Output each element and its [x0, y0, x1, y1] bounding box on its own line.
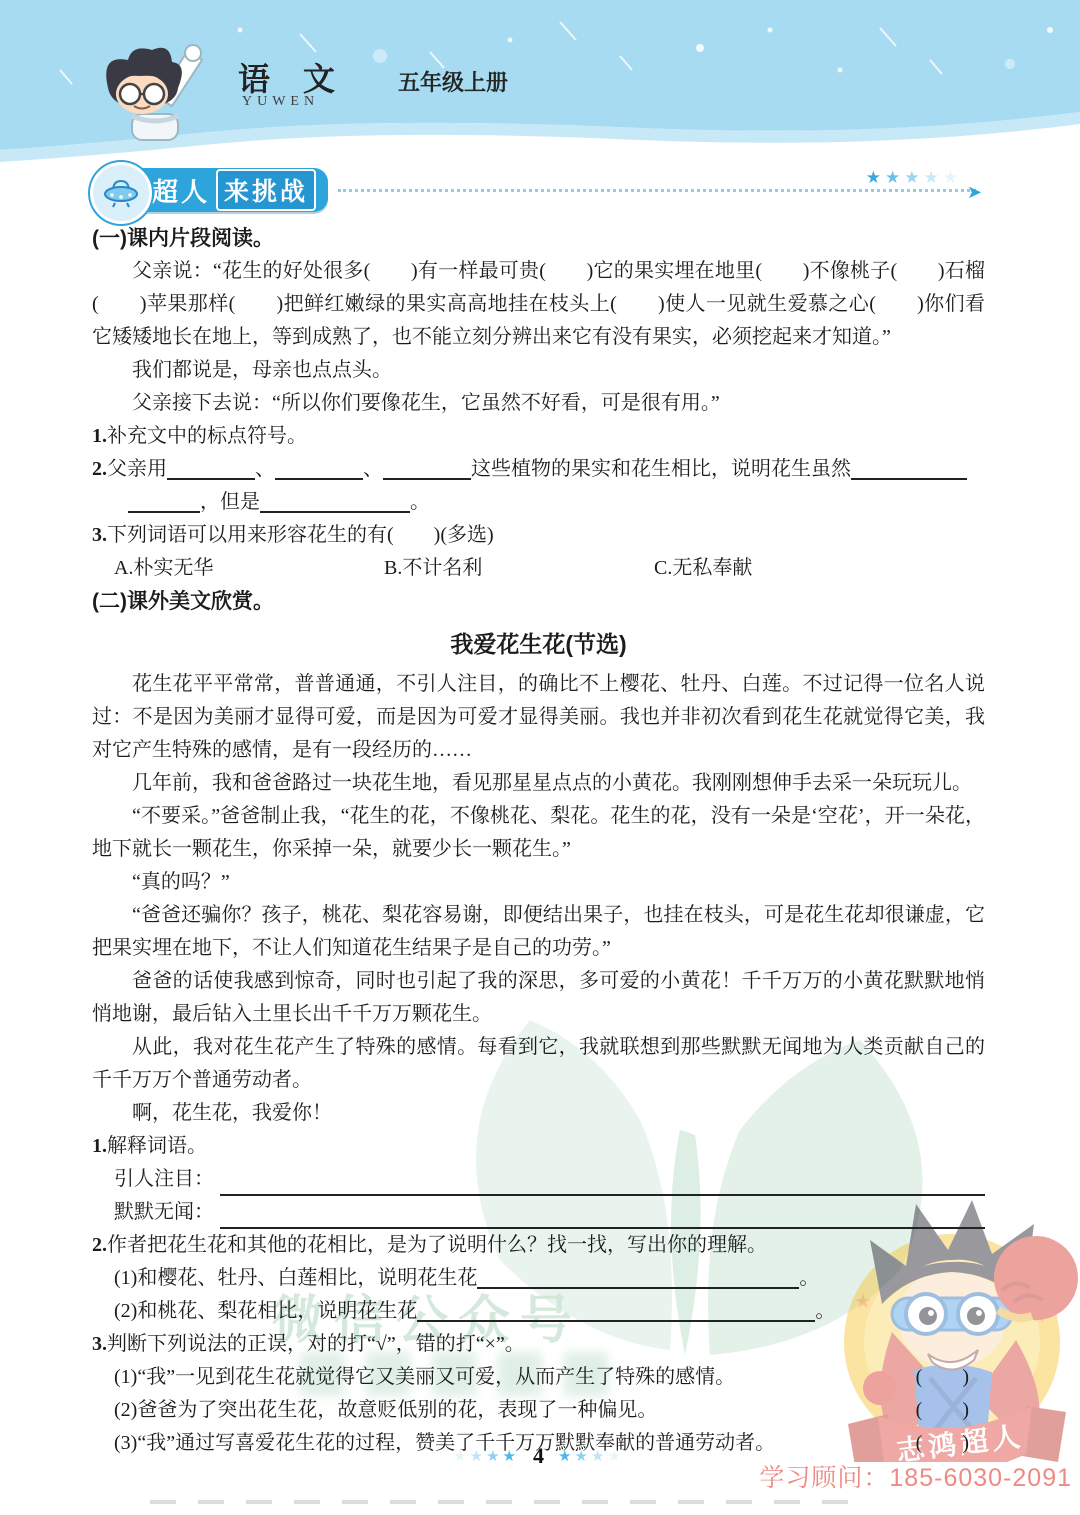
- item-text: 。: [799, 1267, 819, 1289]
- answer-blank: [275, 456, 363, 480]
- answer-paren: ( ): [916, 1394, 969, 1427]
- essay-body: 花生花平平常常，普普通通，不引人注目，的确比不上樱花、牡丹、白莲。不过记得一位名…: [92, 668, 985, 1130]
- answer-blank: [128, 489, 200, 513]
- term-row: 默默无闻：: [92, 1196, 985, 1229]
- item-text: (1)和樱花、牡丹、白莲相比，说明花生花: [114, 1267, 477, 1289]
- option-b: B.不计名利: [384, 552, 654, 585]
- grade-label: 五年级上册: [398, 66, 508, 97]
- essay-paragraph: 花生花平平常常，普普通通，不引人注目，的确比不上樱花、牡丹、白莲。不过记得一位名…: [92, 668, 985, 767]
- s1-question-3: 3.下列词语可以用来形容花生的有( )(多选): [92, 519, 985, 552]
- term-label: 默默无闻：: [114, 1196, 214, 1229]
- essay-paragraph: 几年前，我和爸爸路过一块花生地，看见那星星点点的小黄花。我刚刚想伸手去采一朵玩玩…: [92, 767, 985, 800]
- term-label: 引人注目：: [114, 1163, 214, 1196]
- star-icon: ★: [943, 168, 962, 187]
- separator: 、: [255, 458, 275, 480]
- answer-blank: [477, 1265, 799, 1289]
- answer-blank: [383, 456, 471, 480]
- essay-paragraph: “爸爸还骗你？孩子，桃花、梨花容易谢，即便结出果子，也挂在枝头，可是花生花却很谦…: [92, 899, 985, 965]
- essay-paragraph: 爸爸的话使我感到惊奇，同时也引起了我的深思，多可爱的小黄花！千千万万的小黄花默默…: [92, 965, 985, 1031]
- question-text: 这些植物的果实和花生相比，说明花生虽然: [471, 458, 851, 480]
- essay-title: 我爱花生花(节选): [92, 626, 985, 662]
- passage-paragraph: 我们都说是，母亲也点点头。: [92, 354, 985, 387]
- answer-blank: [417, 1298, 815, 1322]
- s2-question-2: 2.作者把花生花和其他的花相比，是为了说明什么？找一找，写出你的理解。: [92, 1229, 985, 1262]
- term-row: 引人注目：: [92, 1163, 985, 1196]
- item-text: 。: [815, 1300, 835, 1322]
- star-icon: ★: [558, 1449, 574, 1465]
- true-false-item: (2)爸爸为了突出花生花，故意贬低别的花，表现了一种偏见。( ): [92, 1394, 985, 1427]
- item-text: (2)和桃花、梨花相比，说明花生花: [114, 1300, 417, 1322]
- answer-blank: [220, 1205, 985, 1229]
- workbook-page: 语 文 YUWEN 五年级上册 超人 来挑战 ★★★★★ ➤: [0, 0, 1080, 1515]
- passage-paragraph: 父亲说：“花生的好处很多( )有一样最可贵( )它的果实埋在地里( )不像桃子(…: [92, 255, 985, 354]
- option-a: A.朴实无华: [114, 552, 384, 585]
- header-mascot-boy-icon: [80, 36, 230, 146]
- true-false-item: (1)“我”一见到花生花就觉得它又美丽又可爱，从而产生了特殊的感情。( ): [92, 1361, 985, 1394]
- star-icon: ★: [591, 1449, 607, 1465]
- question-number: 3.: [92, 524, 107, 546]
- s1-question-1: 1.补充文中的标点符号。: [92, 420, 985, 453]
- question-number: 1.: [92, 425, 107, 447]
- dotted-divider: [338, 189, 976, 192]
- star-icon: ★: [470, 1449, 486, 1465]
- challenge-banner: 超人 来挑战: [98, 164, 982, 216]
- scan-remnant-line: [150, 1500, 850, 1504]
- essay-paragraph: “不要采。”爸爸制止我，“花生的花，不像桃花、梨花。花生的花，没有一朵是‘空花’…: [92, 800, 985, 866]
- question-text: 解释词语。: [107, 1135, 207, 1157]
- page-header: 语 文 YUWEN 五年级上册: [0, 0, 1080, 170]
- s1-question-2-line1: 2.父亲用、、这些植物的果实和花生相比，说明花生虽然: [92, 453, 985, 486]
- question-text: 下列词语可以用来形容花生的有( )(多选): [107, 524, 494, 546]
- essay-paragraph: 从此，我对花生花产生了特殊的感情。每看到它，我就联想到那些默默无闻地为人类贡献自…: [92, 1031, 985, 1097]
- s2-q2-item: (1)和樱花、牡丹、白莲相比，说明花生花。: [92, 1262, 985, 1295]
- banner-text-part2: 来挑战: [216, 169, 316, 211]
- difficulty-stars: ★★★★★: [866, 168, 962, 188]
- section2-heading: (二)课外美文欣赏。: [92, 585, 985, 618]
- ufo-icon: [90, 162, 152, 224]
- passage-paragraph: 父亲接下去说：“所以你们要像花生，它虽然不好看，可是很有用。”: [92, 387, 985, 420]
- question-number: 1.: [92, 1135, 107, 1157]
- s2-question-3: 3.判断下列说法的正误，对的打“√”，错的打“×”。: [92, 1328, 985, 1361]
- essay-paragraph: “真的吗？”: [92, 866, 985, 899]
- reading-passage: 父亲说：“花生的好处很多( )有一样最可贵( )它的果实埋在地里( )不像桃子(…: [92, 255, 985, 420]
- star-icon: ★: [486, 1449, 502, 1465]
- item-text: (1)“我”一见到花生花就觉得它又美丽又可爱，从而产生了特殊的感情。: [114, 1361, 735, 1394]
- question-text: 补充文中的标点符号。: [107, 425, 307, 447]
- star-icon: ★: [885, 168, 904, 187]
- question-text: 父亲用: [107, 458, 167, 480]
- question-text: 。: [410, 491, 430, 513]
- question-number: 2.: [92, 1234, 107, 1256]
- item-text: (2)爸爸为了突出花生花，故意贬低别的花，表现了一种偏见。: [114, 1394, 657, 1427]
- study-advisor-contact: 学习顾问：185-6030-2091: [759, 1458, 1072, 1494]
- essay-paragraph: 啊，花生花，我爱你！: [92, 1097, 985, 1130]
- question-text: ，但是: [200, 491, 260, 513]
- worksheet-content: (一)课内片段阅读。 父亲说：“花生的好处很多( )有一样最可贵( )它的果实埋…: [92, 222, 985, 1460]
- subject-pinyin: YUWEN: [242, 94, 319, 110]
- star-icon: ★: [503, 1449, 519, 1465]
- option-c: C.无私奉献: [654, 552, 752, 585]
- star-icon: ★: [453, 1449, 469, 1465]
- s1-q3-options: A.朴实无华 B.不计名利 C.无私奉献: [92, 552, 985, 585]
- answer-blank: [260, 489, 410, 513]
- question-number: 2.: [92, 458, 107, 480]
- answer-blank: [220, 1172, 985, 1196]
- star-icon: ★: [607, 1449, 623, 1465]
- star-icon: ★: [574, 1449, 590, 1465]
- question-text: 判断下列说法的正误，对的打“√”，错的打“×”。: [107, 1333, 525, 1355]
- banner-text-part1: 超人: [152, 172, 210, 209]
- s2-q2-item: (2)和桃花、梨花相比，说明花生花。: [92, 1295, 985, 1328]
- s1-question-2-line2: ，但是。: [92, 486, 985, 519]
- separator: 、: [363, 458, 383, 480]
- question-number: 3.: [92, 1333, 107, 1355]
- answer-blank: [851, 456, 967, 480]
- s2-question-1: 1.解释词语。: [92, 1130, 985, 1163]
- answer-blank: [167, 456, 255, 480]
- star-icon: ★: [866, 168, 885, 187]
- star-icon: ★: [924, 168, 943, 187]
- footer-stars-right: ★★★★: [558, 1447, 624, 1466]
- challenge-badge: 超人 来挑战: [98, 168, 328, 212]
- section1-heading: (一)课内片段阅读。: [92, 222, 985, 255]
- star-icon: ★: [904, 168, 923, 187]
- footer-stars-left: ★★★★: [453, 1447, 519, 1466]
- answer-paren: ( ): [916, 1361, 969, 1394]
- arrow-icon: ➤: [967, 182, 982, 203]
- page-number: 4: [533, 1443, 544, 1469]
- question-text: 作者把花生花和其他的花相比，是为了说明什么？找一找，写出你的理解。: [107, 1234, 767, 1256]
